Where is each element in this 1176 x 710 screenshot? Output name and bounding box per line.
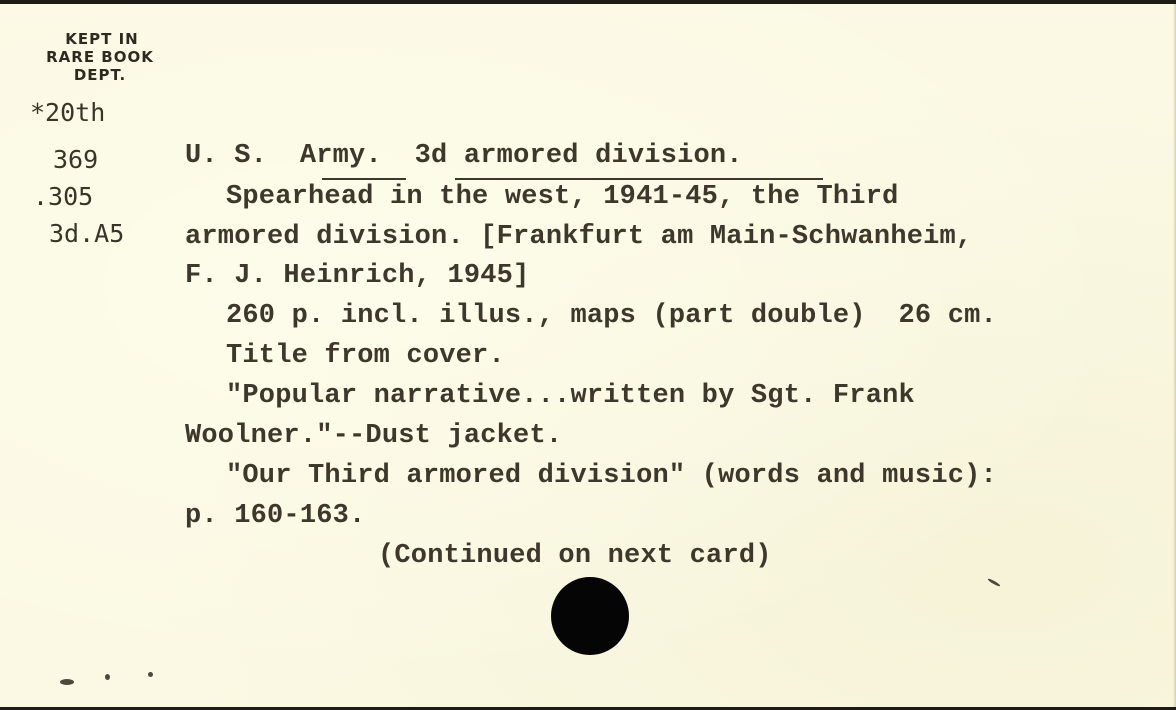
underline-division xyxy=(455,178,823,180)
call-number-line: 369 xyxy=(53,145,98,174)
note-line: "Our Third armored division" (words and … xyxy=(226,461,997,491)
ink-smudge xyxy=(105,674,110,680)
heading-army: Army. xyxy=(300,141,382,171)
note-line: p. 160-163. xyxy=(185,501,365,531)
title-line: Spearhead in the west, 1941-45, the Thir… xyxy=(226,182,899,212)
stamp-line: RARE BOOK xyxy=(20,48,180,66)
call-number-line: *20th xyxy=(30,98,105,127)
heading-prefix: U. S. xyxy=(185,141,267,171)
heading-division: 3d armored division. xyxy=(415,141,743,171)
call-number-line: .305 xyxy=(33,182,93,211)
stamp-line: DEPT. xyxy=(20,66,180,84)
note-line: "Popular narrative...written by Sgt. Fra… xyxy=(226,381,915,411)
ink-smudge xyxy=(60,679,74,685)
collation-line: 260 p. incl. illus., maps (part double) … xyxy=(226,301,997,331)
continuation-note: (Continued on next card) xyxy=(378,541,772,571)
ink-smudge xyxy=(148,672,153,677)
note-line: Title from cover. xyxy=(226,341,505,371)
stamp-line: KEPT IN xyxy=(24,30,180,48)
call-number-line: 3d.A5 xyxy=(49,219,124,248)
ink-smudge xyxy=(987,578,1001,588)
heading-line: U. S. Army. 3d armored division. xyxy=(185,141,743,171)
catalog-card: KEPT IN RARE BOOK DEPT. *20th 369 .305 3… xyxy=(0,4,1176,707)
underline-army xyxy=(322,178,406,180)
punch-hole xyxy=(551,577,629,655)
title-line: armored division. [Frankfurt am Main-Sch… xyxy=(185,222,972,252)
note-line: Woolner."--Dust jacket. xyxy=(185,421,562,451)
imprint-line: F. J. Heinrich, 1945] xyxy=(185,261,529,291)
rare-book-stamp: KEPT IN RARE BOOK DEPT. xyxy=(20,30,180,84)
